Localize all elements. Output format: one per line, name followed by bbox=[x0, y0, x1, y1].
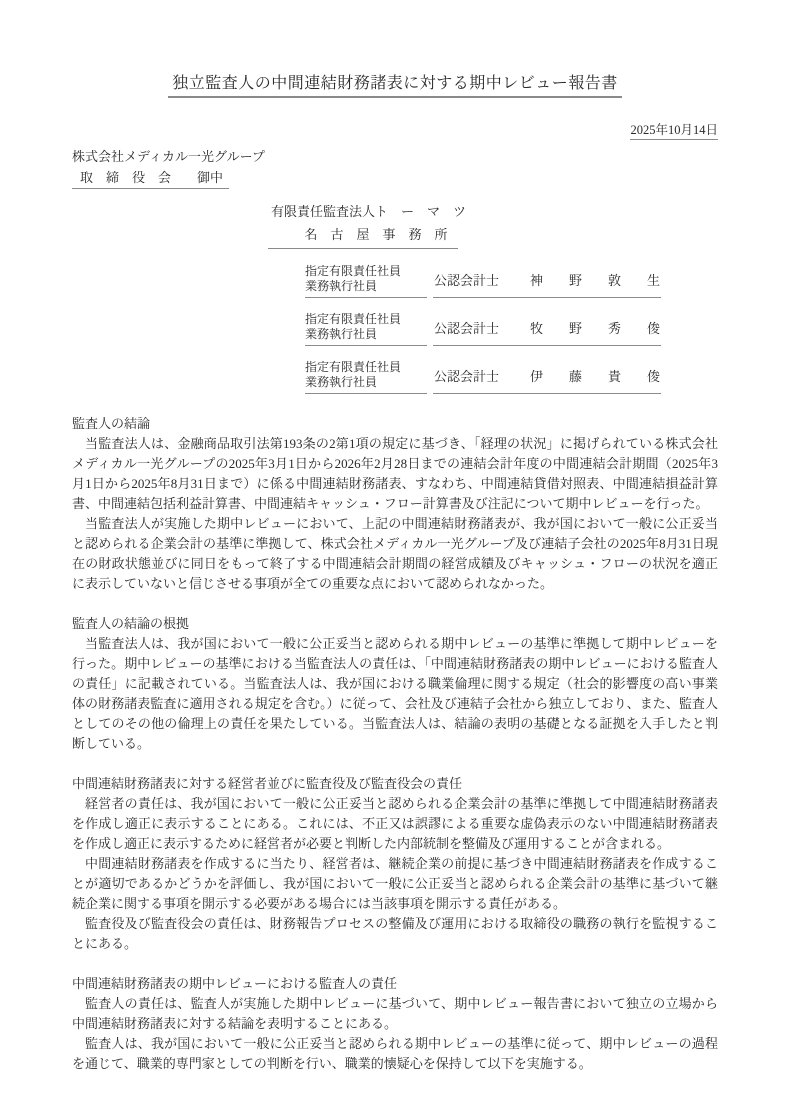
report-date: 2025年10月14日 bbox=[630, 120, 718, 140]
section-heading: 中間連結財務諸表に対する経営者並びに監査役及び監査役会の責任 bbox=[72, 774, 718, 794]
section-paragraph: 監査人の責任は、監査人が実施した期中レビューに基づいて、期中レビュー報告書におい… bbox=[72, 994, 718, 1034]
signatory-name: 伊 藤 貴 俊 bbox=[530, 366, 660, 385]
signatory-role-line2: 業務執行社員 bbox=[305, 375, 427, 390]
section-basis-for-conclusion: 監査人の結論の根拠 当監査法人は、我が国において一般に公正妥当と認められる期中レ… bbox=[72, 614, 718, 754]
section-paragraph: 監査役及び監査役会の責任は、財務報告プロセスの整備及び運用における取締役の職務の… bbox=[72, 914, 718, 954]
signatory-name: 神 野 敦 生 bbox=[530, 270, 660, 289]
signatory-row: 指定有限責任社員 業務執行社員 公認会計士 伊 藤 貴 俊 bbox=[305, 360, 718, 394]
signatory-role: 指定有限責任社員 業務執行社員 bbox=[305, 360, 427, 394]
section-heading: 中間連結財務諸表の期中レビューにおける監査人の責任 bbox=[72, 974, 718, 994]
addressee-to-wrap: 取 締 役 会 御中 bbox=[72, 165, 718, 189]
section-paragraph: 経営者の責任は、我が国において一般に公正妥当と認められる企業会計の基準に準拠して… bbox=[72, 794, 718, 854]
signatory-signature-line: 公認会計士 神 野 敦 生 bbox=[433, 264, 661, 298]
signatories-block: 指定有限責任社員 業務執行社員 公認会計士 神 野 敦 生 指定有限責任社員 業… bbox=[305, 264, 718, 394]
signatory-role-line1: 指定有限責任社員 bbox=[305, 264, 427, 279]
auditor-firm-name: 有限責任監査法人ト ー マ ツ bbox=[271, 204, 718, 220]
signatory-title: 公認会計士 bbox=[434, 366, 499, 385]
report-title-wrap: 独立監査人の中間連結財務諸表に対する期中レビュー報告書 bbox=[72, 0, 718, 98]
section-management-responsibility: 中間連結財務諸表に対する経営者並びに監査役及び監査役会の責任 経営者の責任は、我… bbox=[72, 774, 718, 954]
section-auditor-conclusion: 監査人の結論 当監査法人は、金融商品取引法第193条の2第1項の規定に基づき、「… bbox=[72, 414, 718, 594]
signatory-role-line1: 指定有限責任社員 bbox=[305, 312, 427, 327]
auditor-office-name: 名 古 屋 事 務 所 bbox=[268, 227, 458, 249]
report-title: 独立監査人の中間連結財務諸表に対する期中レビュー報告書 bbox=[168, 70, 622, 98]
section-heading: 監査人の結論の根拠 bbox=[72, 614, 718, 634]
signatory-row: 指定有限責任社員 業務執行社員 公認会計士 牧 野 秀 俊 bbox=[305, 312, 718, 346]
section-paragraph: 当監査法人が実施した期中レビューにおいて、上記の中間連結財務諸表が、我が国におい… bbox=[72, 514, 718, 594]
signatory-signature-line: 公認会計士 伊 藤 貴 俊 bbox=[433, 360, 661, 394]
signatory-name: 牧 野 秀 俊 bbox=[530, 318, 660, 337]
section-heading: 監査人の結論 bbox=[72, 414, 718, 434]
section-paragraph: 当監査法人は、我が国において一般に公正妥当と認められる期中レビューの基準に準拠し… bbox=[72, 634, 718, 754]
audit-report-page: 独立監査人の中間連結財務諸表に対する期中レビュー報告書 2025年10月14日 … bbox=[0, 0, 790, 1074]
signatory-title: 公認会計士 bbox=[434, 270, 499, 289]
section-paragraph: 当監査法人は、金融商品取引法第193条の2第1項の規定に基づき、「経理の状況」に… bbox=[72, 434, 718, 514]
signatory-signature-line: 公認会計士 牧 野 秀 俊 bbox=[433, 312, 661, 346]
signatory-role-line2: 業務執行社員 bbox=[305, 327, 427, 342]
signatory-role: 指定有限責任社員 業務執行社員 bbox=[305, 264, 427, 298]
signatory-title: 公認会計士 bbox=[434, 318, 499, 337]
addressee-to: 取 締 役 会 御中 bbox=[72, 170, 229, 189]
report-date-row: 2025年10月14日 bbox=[72, 120, 718, 140]
signatory-row: 指定有限責任社員 業務執行社員 公認会計士 神 野 敦 生 bbox=[305, 264, 718, 298]
signatory-role: 指定有限責任社員 業務執行社員 bbox=[305, 312, 427, 346]
section-auditor-responsibility: 中間連結財務諸表の期中レビューにおける監査人の責任 監査人の責任は、監査人が実施… bbox=[72, 974, 718, 1074]
signatory-role-line2: 業務執行社員 bbox=[305, 279, 427, 294]
section-paragraph: 中間連結財務諸表を作成するに当たり、経営者は、継続企業の前提に基づき中間連結財務… bbox=[72, 854, 718, 914]
addressee-company: 株式会社メディカル一光グループ bbox=[72, 149, 718, 165]
section-paragraph: 監査人は、我が国において一般に公正妥当と認められる期中レビューの基準に従って、期… bbox=[72, 1034, 718, 1074]
report-body: 監査人の結論 当監査法人は、金融商品取引法第193条の2第1項の規定に基づき、「… bbox=[72, 414, 718, 1074]
signatory-role-line1: 指定有限責任社員 bbox=[305, 360, 427, 375]
